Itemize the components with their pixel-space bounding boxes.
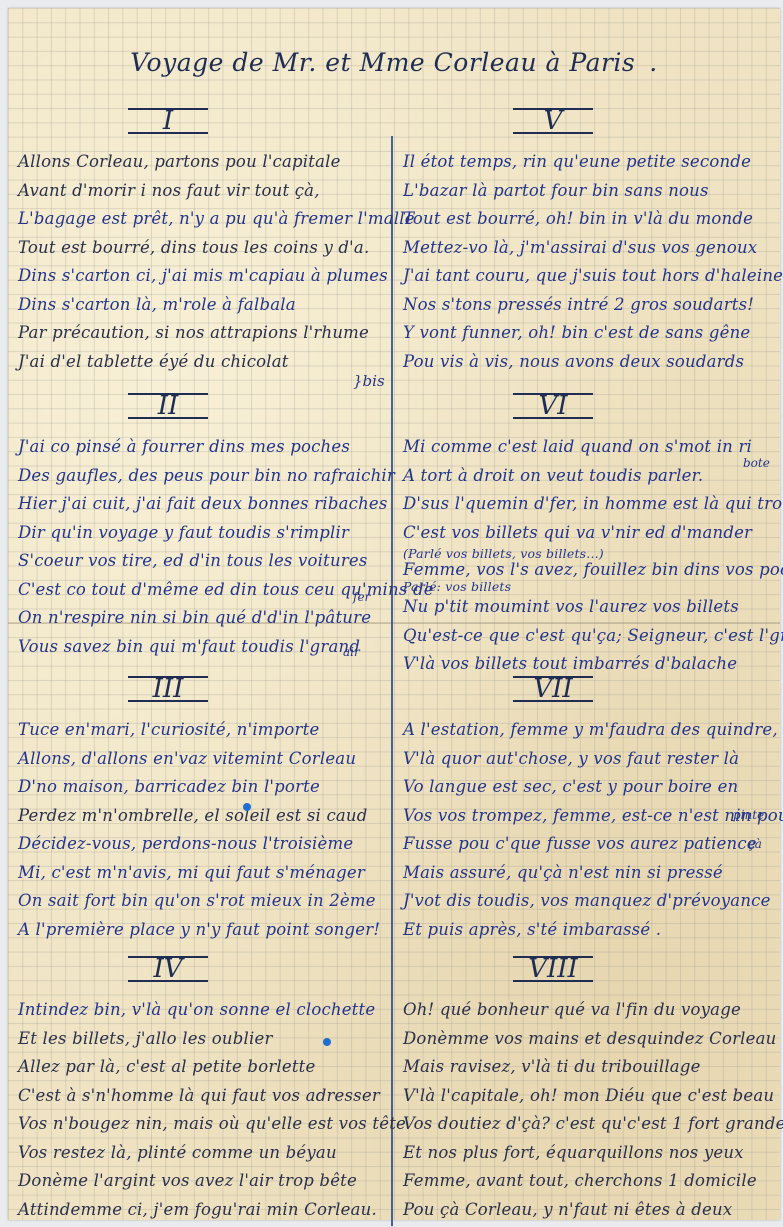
superscript-note: air xyxy=(343,645,360,659)
verse-line: Vos n'bougez nin, mais où qu'elle est vo… xyxy=(18,1110,388,1139)
verse-line: V'là quor aut'chose, y vos faut rester l… xyxy=(403,745,773,774)
page-title: Voyage de Mr. et Mme Corleau à Paris. xyxy=(8,48,780,77)
verse-line: Mettez-vo là, j'm'assirai d'sus vos geno… xyxy=(403,234,773,263)
verse-line: L'bazar là partot four bin sans nous xyxy=(403,177,773,206)
verse-line: Allons, d'allons en'vaz vitemint Corleau xyxy=(18,745,388,774)
verse-line: Nu p'tit moumint vos l'aurez vos billets xyxy=(403,593,773,622)
stanza-numeral: VIII xyxy=(513,956,593,982)
verse-line: Allez par là, c'est al petite borlette xyxy=(18,1053,388,1082)
verse-line: Et puis après, s'té imbarassé . xyxy=(403,916,773,945)
verse-line: Allons Corleau, partons pou l'capitale xyxy=(18,148,388,177)
verse-line: Vous savez bin qui m'faut toudis l'grand xyxy=(18,633,388,662)
verse-line: Oh! qué bonheur qué va l'fin du voyage xyxy=(403,996,773,1025)
handwritten-page: Voyage de Mr. et Mme Corleau à Paris. I … xyxy=(8,8,780,1220)
verse-line: C'est co tout d'même ed din tous ceu qu'… xyxy=(18,576,388,605)
verse-line: Il étot temps, rin qu'eune petite second… xyxy=(403,148,773,177)
superscript-note: çà xyxy=(748,837,762,851)
spoken-aside: Parlé: vos billets xyxy=(403,580,773,593)
verse-line: Mais ravisez, v'là ti du tribouillage xyxy=(403,1053,773,1082)
verse-line: Décidez-vous, perdons-nous l'troisième xyxy=(18,830,388,859)
verse-line: J'vot dis toudis, vos manquez d'prévoyan… xyxy=(403,887,773,916)
stanza-6: VI Mi comme c'est laid quand on s'mot in… xyxy=(403,393,773,679)
verse-line: Fusse pou c'que fusse vos aurez patience xyxy=(403,830,773,859)
verse-line: V'là vos billets tout imbarrés d'balache xyxy=(403,650,773,679)
stanza-numeral: V xyxy=(513,108,593,134)
stanza-5: V Il étot temps, rin qu'eune petite seco… xyxy=(403,108,773,376)
verse-line: Y vont funner, oh! bin c'est de sans gên… xyxy=(403,319,773,348)
verse-line: L'bagage est prêt, n'y a pu qu'à fremer … xyxy=(18,205,388,234)
stanza-numeral: VII xyxy=(513,676,593,702)
stanza-4: IV Intindez bin, v'là qu'on sonne el clo… xyxy=(18,956,388,1224)
verse-line: Donèmme vos mains et desquindez Corleau xyxy=(403,1025,773,1054)
verse-line: A tort à droit on veut toudis parler. xyxy=(403,462,773,491)
verse-line: Intindez bin, v'là qu'on sonne el cloche… xyxy=(18,996,388,1025)
ink-blot xyxy=(323,1038,331,1046)
verse-line: Et les billets, j'allo les oublier xyxy=(18,1025,388,1054)
verse-line: Par précaution, si nos attrapions l'rhum… xyxy=(18,319,388,348)
spoken-aside: (Parlé vos billets, vos billets...) xyxy=(403,547,773,560)
stanza-numeral: VI xyxy=(513,393,593,419)
verse-line: J'ai tant couru, que j'suis tout hors d'… xyxy=(403,262,773,291)
verse-line: Tout est bourré, dins tous les coins y d… xyxy=(18,234,388,263)
verse-line: Vos doutiez d'çà? c'est qu'c'est 1 fort … xyxy=(403,1110,773,1139)
verse-line: D'no maison, barricadez bin l'porte xyxy=(18,773,388,802)
verse-line: Tout est bourré, oh! bin in v'là du mond… xyxy=(403,205,773,234)
verse-line: Tuce en'mari, l'curiosité, n'importe xyxy=(18,716,388,745)
verse-line: Attindemme ci, j'em fogu'rai min Corleau… xyxy=(18,1196,388,1225)
verse-line: Mi, c'est m'n'avis, mi qui faut s'ménage… xyxy=(18,859,388,888)
stanza-numeral: I xyxy=(128,108,208,134)
verse-line: D'sus l'quemin d'fer, in homme est là qu… xyxy=(403,490,773,519)
ink-blot xyxy=(243,803,251,811)
verse-line: On n'respire nin si bin qué d'd'in l'pât… xyxy=(18,604,388,633)
verse-line: Mais assuré, qu'çà n'est nin si pressé xyxy=(403,859,773,888)
verse-line: Pou vis à vis, nous avons deux soudards xyxy=(403,348,773,377)
stanza-numeral: II xyxy=(128,393,208,419)
verse-line: Hier j'ai cuit, j'ai fait deux bonnes ri… xyxy=(18,490,388,519)
verse-line: Et nos plus fort, équarquillons nos yeux xyxy=(403,1139,773,1168)
verse-line: Dins s'carton ci, j'ai mis m'capiau à pl… xyxy=(18,262,388,291)
verse-line: Dins s'carton là, m'role à falbala xyxy=(18,291,388,320)
stanza-numeral: IV xyxy=(128,956,208,982)
verse-line: Femme, vos l's avez, fouillez bin dins v… xyxy=(403,560,773,580)
verse-line: Pou çà Corleau, y n'faut ni êtes à deux xyxy=(403,1196,773,1225)
verse-line: Des gaufles, des peus pour bin no rafrai… xyxy=(18,462,388,491)
verse-line: V'là l'capitale, oh! mon Diéu que c'est … xyxy=(403,1082,773,1111)
verse-line: C'est vos billets qui va v'nir ed d'mand… xyxy=(403,519,773,548)
bis-repeat-mark: }bis xyxy=(353,372,385,390)
title-end-mark: . xyxy=(649,48,657,77)
verse-line: Nos s'tons pressés intré 2 gros soudarts… xyxy=(403,291,773,320)
stanza-3: III Tuce en'mari, l'curiosité, n'importe… xyxy=(18,676,388,944)
verse-line: C'est à s'n'homme là qui faut vos adress… xyxy=(18,1082,388,1111)
stanza-1: I Allons Corleau, partons pou l'capitale… xyxy=(18,108,388,376)
verse-line: Dir qu'in voyage y faut toudis s'rimplir xyxy=(18,519,388,548)
verse-line: S'coeur vos tire, ed d'in tous les voitu… xyxy=(18,547,388,576)
superscript-note: pinte xyxy=(733,808,764,822)
verse-line: Qu'est-ce que c'est qu'ça; Seigneur, c'e… xyxy=(403,622,773,651)
verse-line: On sait fort bin qu'on s'rot mieux in 2è… xyxy=(18,887,388,916)
title-text: Voyage de Mr. et Mme Corleau à Paris xyxy=(130,48,635,77)
verse-line: Perdez m'n'ombrelle, el soleil est si ca… xyxy=(18,802,388,831)
verse-line: Donème l'argint vos avez l'air trop bête xyxy=(18,1167,388,1196)
verse-line: Vos restez là, plinté comme un béyau xyxy=(18,1139,388,1168)
column-divider xyxy=(391,136,393,1226)
stanza-2: II J'ai co pinsé à fourrer dins mes poch… xyxy=(18,393,388,661)
superscript-note: fer xyxy=(353,590,370,604)
stanza-numeral: III xyxy=(128,676,208,702)
verse-line: J'ai co pinsé à fourrer dins mes poches xyxy=(18,433,388,462)
stanza-7: VII A l'estation, femme y m'faudra des q… xyxy=(403,676,773,944)
stanza-8: VIII Oh! qué bonheur qué va l'fin du voy… xyxy=(403,956,773,1224)
verse-line: Femme, avant tout, cherchons 1 domicile xyxy=(403,1167,773,1196)
verse-line: Mi comme c'est laid quand on s'mot in ri xyxy=(403,433,773,462)
verse-line: J'ai d'el tablette éyé du chicolat xyxy=(18,348,388,377)
superscript-note: bote xyxy=(743,456,770,470)
verse-line: Avant d'morir i nos faut vir tout çà, xyxy=(18,177,388,206)
verse-line: Vos vos trompez, femme, est-ce n'est nin… xyxy=(403,802,773,831)
verse-line: A l'estation, femme y m'faudra des quind… xyxy=(403,716,773,745)
verse-line: Vo langue est sec, c'est y pour boire en xyxy=(403,773,773,802)
verse-line: A l'première place y n'y faut point song… xyxy=(18,916,388,945)
